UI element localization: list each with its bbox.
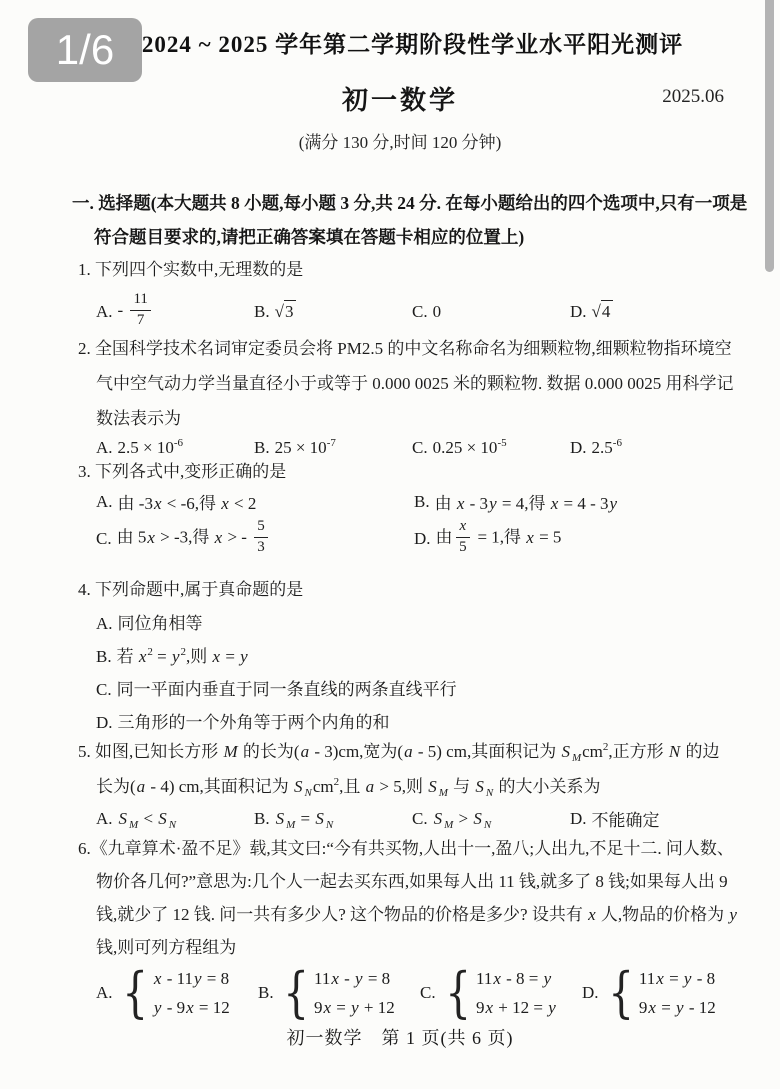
options-row: A.由 -3x < -6,得 x < 2 B.由 x - 3y = 4,得 x … (78, 489, 743, 514)
option-c: C.同一平面内垂直于同一条直线的两条直线平行 (78, 673, 743, 706)
section-header-line: 符合题目要求的,请把正确答案填在答题卡相应的位置上) (72, 220, 747, 254)
options-row: C.由 5x > -3,得 x > - 53 D.由x5 = 1,得 x = 5 (78, 514, 743, 564)
curly-brace-icon: { (122, 966, 148, 1020)
question-stem: 长为(a - 4) cm,其面积记为 SNcm2,且 a > 5,则 SM 与 … (78, 769, 743, 804)
question-3: 3. 下列各式中,变形正确的是 A.由 -3x < -6,得 x < 2 B.由… (78, 454, 743, 564)
question-stem: 数法表示为 (78, 401, 743, 436)
option-c: C. { 11x - 8 = y 9x + 12 = y (420, 964, 582, 1022)
exam-meta: (满分 130 分,时间 120 分钟) (0, 128, 780, 153)
option-a: A.SM < SN (96, 809, 254, 829)
question-1: 1. 下列四个实数中,无理数的是 A.- 117 B.√3 C.0 D.√4 (78, 252, 743, 337)
question-stem: 1. 下列四个实数中,无理数的是 (78, 252, 743, 287)
option-d: D.由x5 = 1,得 x = 5 (414, 520, 561, 558)
question-stem: 3. 下列各式中,变形正确的是 (78, 454, 743, 489)
curly-brace-icon: { (608, 966, 634, 1020)
question-stem: 4. 下列命题中,属于真命题的是 (78, 572, 743, 607)
option-d: D. { 11x = y - 8 9x = y - 12 (582, 964, 716, 1022)
option-a: A. { x - 11y = 8 y - 9x = 12 (96, 964, 258, 1022)
option-b: B.√3 (254, 302, 412, 322)
curly-brace-icon: { (283, 966, 309, 1020)
option-b: B.若 x2 = y2,则 x = y (78, 640, 743, 673)
option-d: D.√4 (570, 302, 613, 322)
question-stem: 5. 如图,已知长方形 M 的长为(a - 3)cm,宽为(a - 5) cm,… (78, 734, 743, 769)
options-row: A.SM < SN B.SM = SN C.SM > SN D.不能确定 (78, 806, 743, 831)
section-header: 一. 选择题(本大题共 8 小题,每小题 3 分,共 24 分. 在每小题给出的… (72, 186, 747, 254)
option-b: B. { 11x - y = 8 9x = y + 12 (258, 964, 420, 1022)
page-indicator: 1/6 (28, 18, 142, 82)
scrollbar-thumb[interactable] (765, 0, 774, 272)
option-b: B.SM = SN (254, 809, 412, 829)
option-a: A.- 117 (96, 293, 254, 331)
section-header-line: 一. 选择题(本大题共 8 小题,每小题 3 分,共 24 分. 在每小题给出的… (72, 186, 747, 220)
exam-document-page: 1/6 2024 ~ 2025 学年第二学期阶段性学业水平阳光测评 初一数学 2… (0, 0, 780, 1089)
question-5: 5. 如图,已知长方形 M 的长为(a - 3)cm,宽为(a - 5) cm,… (78, 734, 743, 831)
question-stem: 2. 全国科学技术名词审定委员会将 PM2.5 的中文名称命名为细颗粒物,细颗粒… (78, 331, 743, 366)
question-2: 2. 全国科学技术名词审定委员会将 PM2.5 的中文名称命名为细颗粒物,细颗粒… (78, 331, 743, 458)
option-d: D.不能确定 (570, 806, 660, 831)
question-stem: 气中空气动力学当量直径小于或等于 0.000 0025 米的颗粒物. 数据 0.… (78, 366, 743, 401)
option-c: C.SM > SN (412, 809, 570, 829)
options-column: A.同位角相等 B.若 x2 = y2,则 x = y C.同一平面内垂直于同一… (78, 607, 743, 739)
exam-date: 2025.06 (662, 86, 724, 108)
option-a: A.同位角相等 (78, 607, 743, 640)
page-footer: 初一数学 第 1 页(共 6 页) (0, 1024, 780, 1050)
question-stem: 物价各几何?”意思为:几个人一起去买东西,如果每人出 11 钱,就多了 8 钱;… (78, 865, 743, 898)
option-b: B.由 x - 3y = 4,得 x = 4 - 3y (414, 489, 618, 514)
option-c: C.由 5x > -3,得 x > - 53 (96, 520, 414, 558)
question-stem: 6.《九章算术·盈不足》载,其文曰:“今有共买物,人出十一,盈八;人出九,不足十… (78, 832, 743, 865)
option-c: C.0 (412, 302, 570, 322)
question-4: 4. 下列命题中,属于真命题的是 A.同位角相等 B.若 x2 = y2,则 x… (78, 572, 743, 739)
curly-brace-icon: { (445, 966, 471, 1020)
question-6: 6.《九章算术·盈不足》载,其文曰:“今有共买物,人出十一,盈八;人出九,不足十… (78, 832, 743, 1022)
question-stem: 钱,则可列方程组为 (78, 931, 743, 964)
options-row: A.- 117 B.√3 C.0 D.√4 (78, 287, 743, 337)
option-a: A.由 -3x < -6,得 x < 2 (96, 489, 414, 514)
question-stem: 钱,就少了 12 钱. 问一共有多少人? 这个物品的价格是多少? 设共有 x 人… (78, 898, 743, 931)
options-row: A. { x - 11y = 8 y - 9x = 12 B. { 11x - … (78, 964, 743, 1022)
